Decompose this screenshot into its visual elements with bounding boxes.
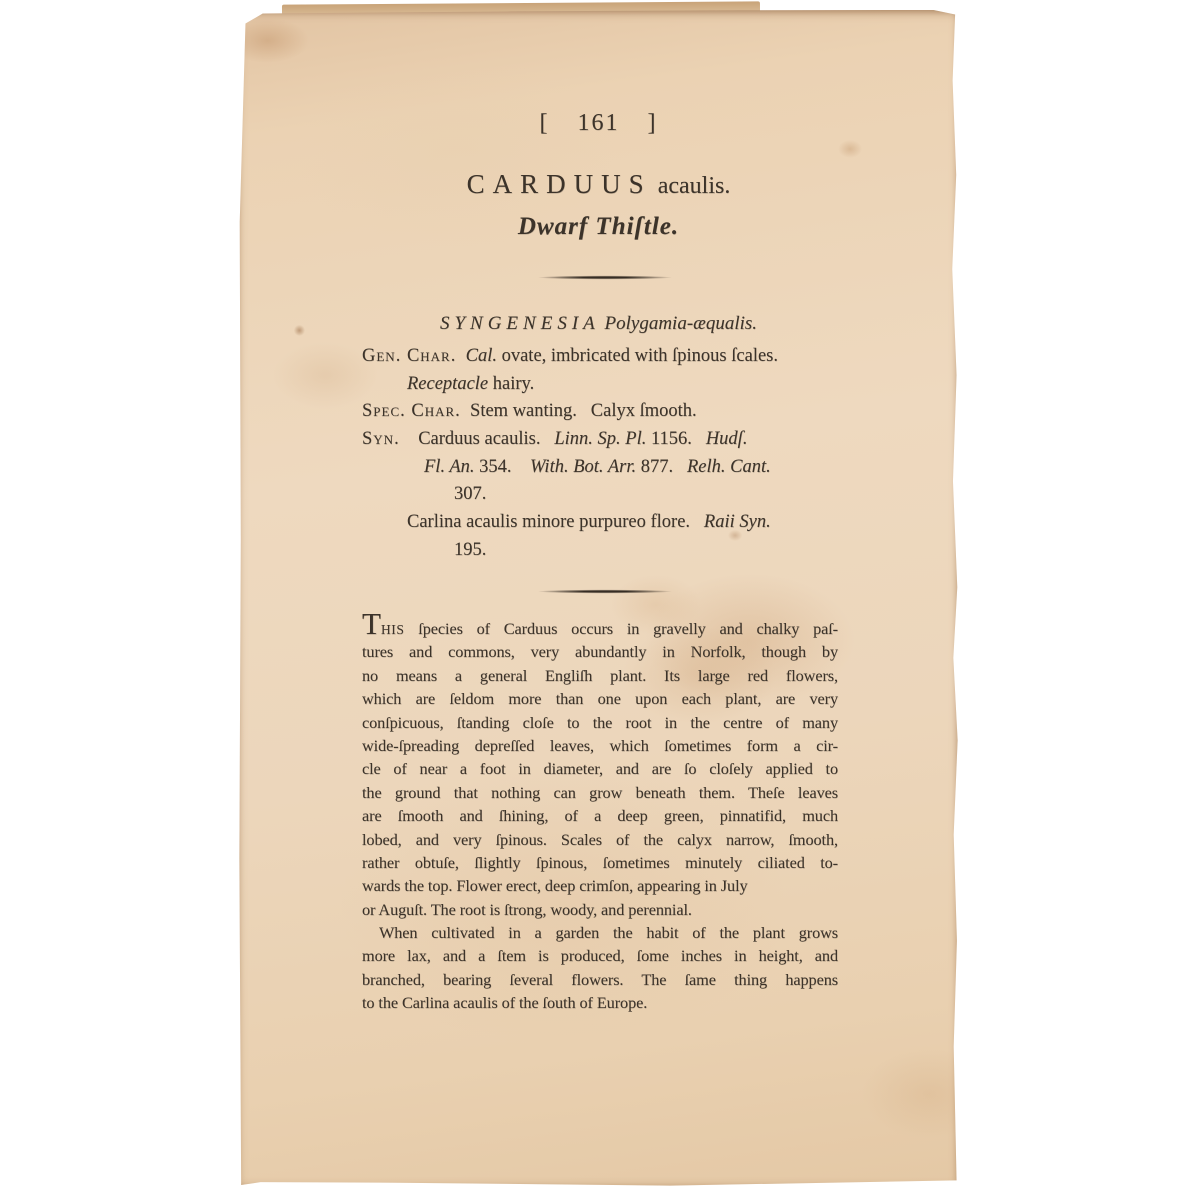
text-segment: 354. — [475, 457, 531, 477]
text-segment: Polygamia-æqualis. — [605, 313, 758, 334]
genus-name: CARDUUS — [467, 169, 652, 199]
text-segment: 307. — [454, 484, 486, 504]
text-segment: Raii Syn. — [704, 512, 771, 532]
book-page-scan: [ 161 ] CARDUUSacaulis. Dwarf Thiſtle. S… — [239, 10, 958, 1188]
text-segment: Spec. Char. — [362, 401, 461, 421]
text-segment: 195. — [454, 540, 486, 560]
body-line: branched, bearing ſeveral flowers. The ſ… — [362, 968, 838, 991]
text-segment: Syn. — [362, 429, 400, 449]
body-line: THIS ſpecies of Carduus occurs in gravel… — [362, 617, 838, 640]
text-segment: Fl. An. — [424, 457, 475, 477]
text-segment: ovate, imbricated with ſpinous ſcales. — [497, 346, 778, 366]
body-line: the ground that nothing can grow beneath… — [362, 781, 838, 804]
body-line: wards the top. Flower erect, deep crimſo… — [362, 874, 838, 897]
synonym-line-5: 195. — [362, 537, 848, 565]
text-segment: SYNGENESIA — [440, 313, 600, 334]
text-segment: Cal. — [466, 346, 497, 366]
body-line: conſpicuous, ſtanding cloſe to the root … — [362, 711, 838, 734]
body-line: tures and commons, very abundantly in No… — [362, 640, 838, 663]
specific-character-line: Spec. Char. Stem wanting. Calyx ſmooth. — [362, 398, 848, 426]
common-name-subtitle: Dwarf Thiſtle. — [239, 213, 958, 241]
text-segment: Carlina acaulis minore purpureo flore. — [407, 512, 704, 532]
text-segment: Receptacle — [407, 374, 488, 394]
text-segment: Carduus acaulis. — [400, 429, 555, 449]
text-segment: Gen. Char. — [362, 346, 456, 366]
synonym-line-2: Fl. An. 354. With. Bot. Arr. 877. Relh. … — [362, 454, 848, 482]
species-title: CARDUUSacaulis. — [239, 169, 958, 200]
body-line: are ſmooth and ſhining, of a deep green,… — [362, 804, 838, 827]
body-line: to the Carlina acaulis of the ſouth of E… — [362, 991, 838, 1014]
drop-cap-initial: T — [362, 606, 381, 641]
body-line: When cultivated in a garden the habit of… — [362, 921, 838, 944]
generic-character-line: Gen. Char. Cal. ovate, imbricated with ſ… — [362, 343, 848, 371]
body-line: no means a general Engliſh plant. Its la… — [362, 664, 838, 687]
description-text: THIS ſpecies of Carduus occurs in gravel… — [362, 617, 838, 1015]
text-segment: 877. — [636, 457, 687, 477]
body-line: wide-ſpreading depreſſed leaves, which ſ… — [362, 734, 838, 757]
opening-word-caps: HIS — [381, 622, 405, 637]
body-line: rather obtuſe, ſlightly ſpinous, ſometim… — [362, 851, 838, 874]
synopsis-block: Gen. Char. Cal. ovate, imbricated with ſ… — [362, 343, 848, 565]
section-divider-rule — [526, 275, 684, 280]
linnaean-class-line: SYNGENESIA Polygamia-æqualis. — [239, 313, 958, 335]
screenshot-canvas: { "scan": { "page_number": "[ 161 ]", "t… — [0, 0, 1200, 1200]
body-line: or Auguſt. The root is ſtrong, woody, an… — [362, 898, 838, 921]
text-segment: hairy. — [488, 374, 534, 394]
text-segment: 1156. — [646, 429, 705, 449]
body-line: more lax, and a ſtem is produced, ſome i… — [362, 944, 838, 967]
text-segment: Hudſ. — [706, 429, 748, 449]
body-line: which are ſeldom more than one upon each… — [362, 687, 838, 710]
species-epithet: acaulis. — [658, 173, 731, 199]
text-segment: Relh. Cant. — [687, 457, 771, 477]
body-line-text: ſpecies of Carduus occurs in gravelly an… — [405, 619, 839, 638]
synonym-line-3: 307. — [362, 481, 848, 509]
text-segment: With. Bot. Arr. — [530, 457, 636, 477]
page-number: [ 161 ] — [239, 110, 958, 137]
text-segment — [456, 346, 465, 366]
synonym-line-1: Syn. Carduus acaulis. Linn. Sp. Pl. 1156… — [362, 426, 848, 454]
body-line: lobed, and very ſpinous. Scales of the c… — [362, 828, 838, 851]
body-line: cle of near a foot in diameter, and are … — [362, 757, 838, 780]
synonym-line-4: Carlina acaulis minore purpureo flore. R… — [362, 509, 848, 537]
text-segment: Linn. Sp. Pl. — [554, 429, 646, 449]
text-segment: Stem wanting. Calyx ſmooth. — [461, 401, 697, 421]
section-divider-rule — [526, 589, 684, 594]
receptacle-line: Receptacle hairy. — [362, 371, 848, 399]
